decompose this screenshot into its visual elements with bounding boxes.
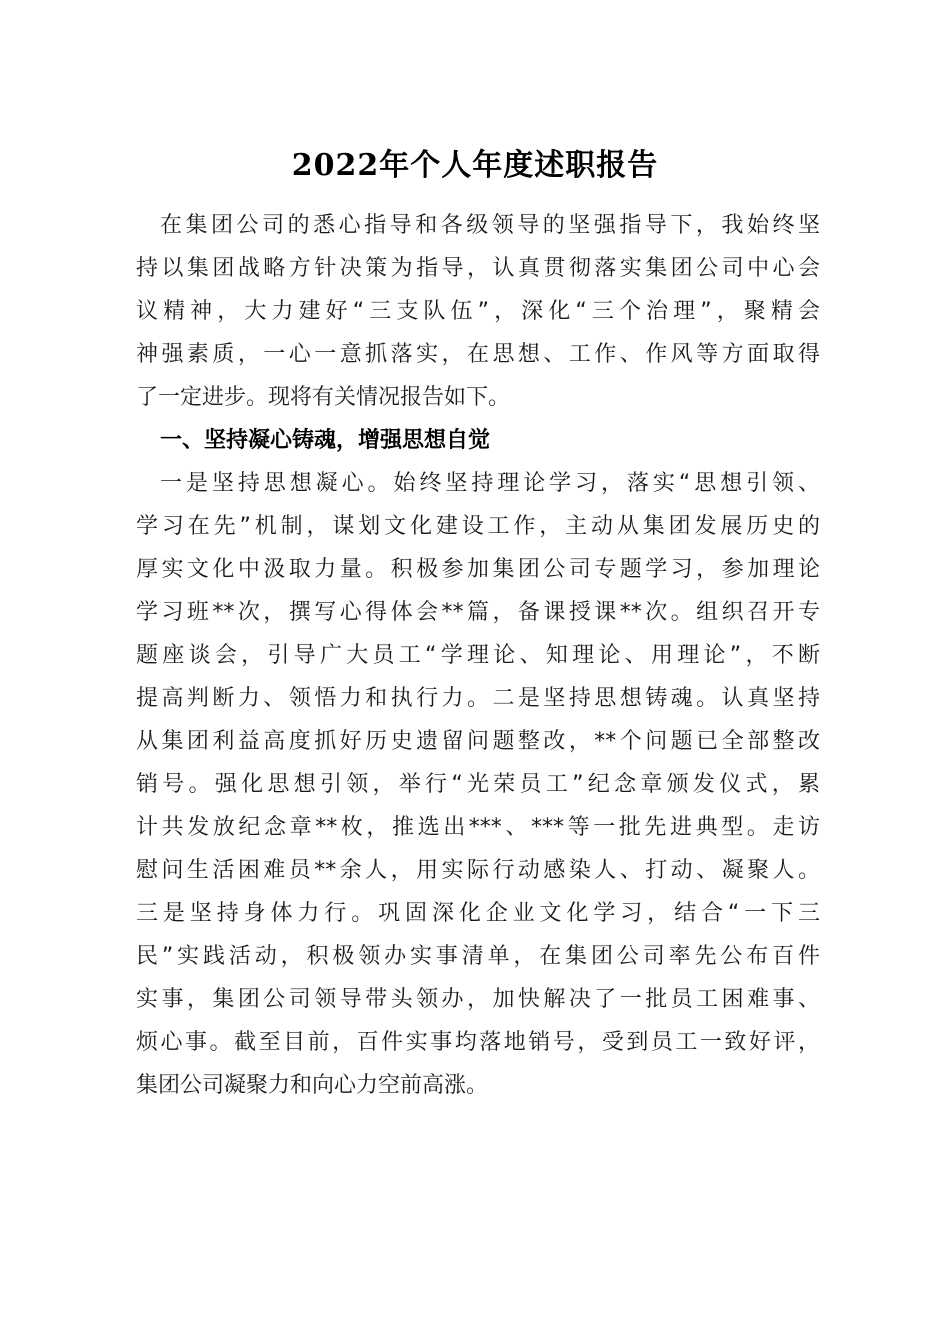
section1-line-7: 从集团利益高度抓好历史遗留问题整改，**个问题已全部整改 — [136, 724, 820, 764]
section1-line-5: 题座谈会，引导广大员工“学理论、知理论、用理论”，不断 — [136, 638, 820, 678]
section-heading-1: 一、坚持凝心铸魂，增强思想自觉 — [160, 423, 820, 463]
section1-line-4: 学习班**次，撰写心得体会**篇，备课授课**次。组织召开专 — [136, 595, 820, 635]
section1-line-2: 学习在先”机制，谋划文化建设工作，主动从集团发展历史的 — [136, 509, 820, 549]
section1-line-10: 慰问生活困难员**余人，用实际行动感染人、打动、凝聚人。 — [136, 853, 820, 893]
section1-line-15: 集团公司凝聚力和向心力空前高涨。 — [136, 1068, 820, 1108]
section1-line-6: 提高判断力、领悟力和执行力。二是坚持思想铸魂。认真坚持 — [136, 681, 820, 721]
intro-line-1: 在集团公司的悉心指导和各级领导的坚强指导下，我始终坚 — [160, 208, 820, 248]
section1-line-3: 厚实文化中汲取力量。积极参加集团公司专题学习，参加理论 — [136, 552, 820, 592]
section1-line-11: 三是坚持身体力行。巩固深化企业文化学习，结合“一下三 — [136, 896, 820, 936]
section1-line-14: 烦心事。截至目前，百件实事均落地销号，受到员工一致好评， — [136, 1025, 820, 1065]
section1-line-12: 民”实践活动，积极领办实事清单，在集团公司率先公布百件 — [136, 939, 820, 979]
intro-line-5: 了一定进步。现将有关情况报告如下。 — [136, 380, 820, 420]
section1-line-9: 计共发放纪念章**枚，推选出***、***等一批先进典型。走访 — [136, 810, 820, 850]
section1-line-13: 实事，集团公司领导带头领办，加快解决了一批员工困难事、 — [136, 982, 820, 1022]
document-title: 2022年个人年度述职报告 — [0, 140, 950, 184]
intro-line-4: 神强素质，一心一意抓落实，在思想、工作、作风等方面取得 — [136, 337, 820, 377]
intro-line-3: 议精神，大力建好“三支队伍”，深化“三个治理”，聚精会 — [136, 294, 820, 334]
intro-line-2: 持以集团战略方针决策为指导，认真贯彻落实集团公司中心会 — [136, 251, 820, 291]
document-page: 2022年个人年度述职报告 在集团公司的悉心指导和各级领导的坚强指导下，我始终坚… — [0, 0, 950, 1344]
section1-line-1: 一是坚持思想凝心。始终坚持理论学习，落实“思想引领、 — [160, 466, 820, 506]
section1-line-8: 销号。强化思想引领，举行“光荣员工”纪念章颁发仪式，累 — [136, 767, 820, 807]
